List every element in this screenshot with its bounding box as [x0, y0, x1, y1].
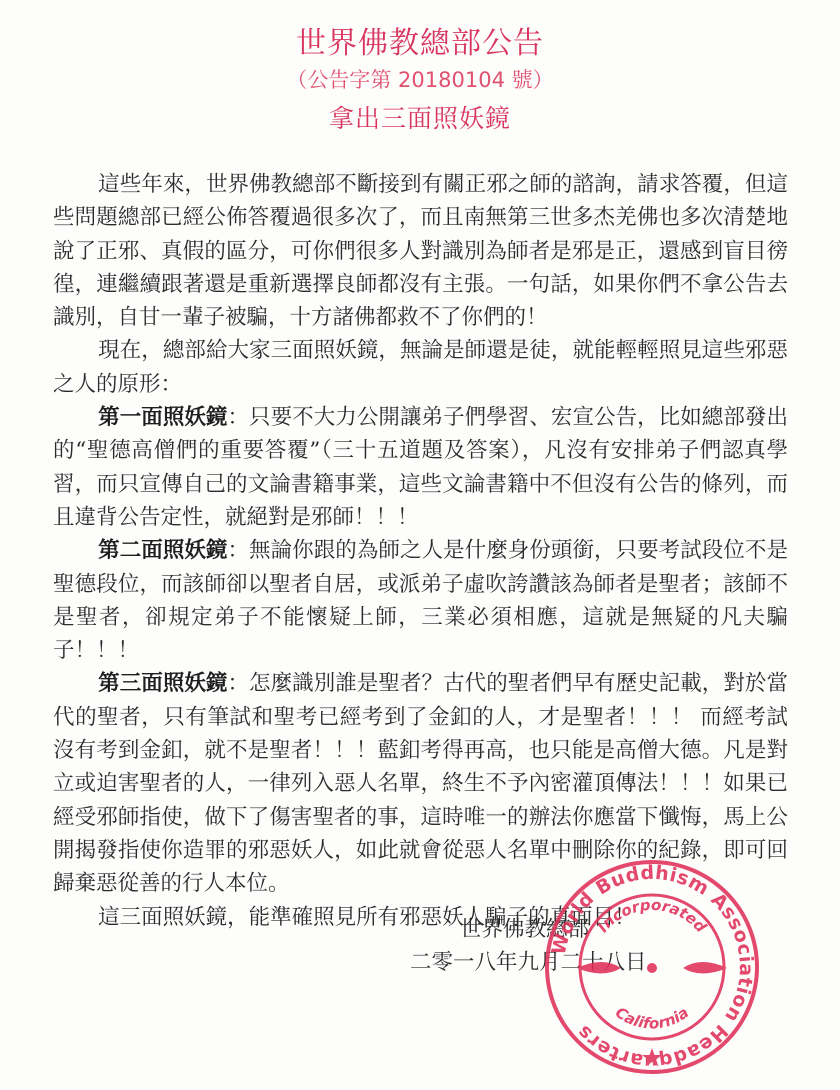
svg-text:California: California: [612, 1003, 692, 1032]
document-title: 世界佛教總部公告: [0, 26, 840, 62]
document-number: （公告字第 20180104 號）: [0, 66, 840, 94]
official-seal-stamp: World Buddhism Association Headquarters …: [543, 858, 761, 1076]
mirror-2-label: 第二面照妖鏡: [98, 538, 227, 563]
document-body: 這些年來，世界佛教總部不斷接到有關正邪之師的諮詢，請求答覆，但這些問題總部已經公…: [53, 168, 788, 934]
stamp-center-emblem-icon: [577, 962, 727, 974]
paragraph-mirror-2: 第二面照妖鏡：無論你跟的為師之人是什麼身份頭銜，只要考試段位不是聖德段位，而該師…: [53, 534, 788, 667]
stamp-inner-bottom-text: California: [612, 1003, 692, 1032]
document-heading: 拿出三面照妖鏡: [0, 103, 840, 135]
svg-text:Incorporated: Incorporated: [594, 896, 710, 936]
stamp-inner-top-text: Incorporated: [594, 896, 710, 936]
paragraph-intro: 這些年來，世界佛教總部不斷接到有關正邪之師的諮詢，請求答覆，但這些問題總部已經公…: [53, 168, 788, 334]
mirror-1-label: 第一面照妖鏡: [98, 405, 227, 430]
announcement-page: 世界佛教總部公告 （公告字第 20180104 號） 拿出三面照妖鏡 這些年來，…: [0, 0, 840, 1090]
mirror-3-label: 第三面照妖鏡: [98, 671, 227, 696]
paragraph-mirror-1: 第一面照妖鏡：只要不大力公開讓弟子們學習、宏宣公告，比如總部發出的“聖德高僧們的…: [53, 401, 788, 534]
paragraph-now: 現在，總部給大家三面照妖鏡，無論是師還是徒，就能輕輕照見這些邪惡之人的原形：: [53, 334, 788, 401]
